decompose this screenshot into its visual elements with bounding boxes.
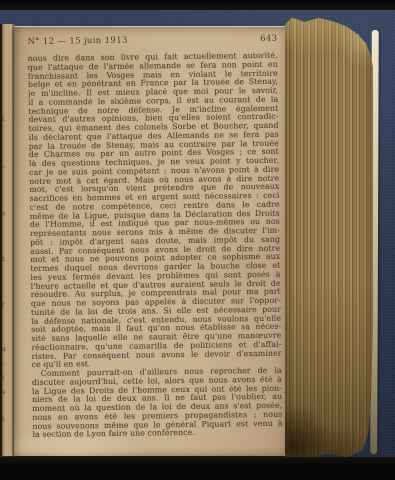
facing-page-gutter: l-stla-isl — [0, 24, 15, 456]
gutter-text-fragment: l — [2, 416, 11, 423]
page-content: N° 12 — 15 juin 1913 643 nous dire dans … — [27, 34, 282, 440]
gutter-text-fragment: t — [2, 256, 11, 263]
gutter-text-fragment: i — [2, 374, 11, 381]
scanned-page: N° 12 — 15 juin 1913 643 nous dire dans … — [14, 26, 289, 456]
gutter-text-fragment: - — [2, 360, 11, 367]
gutter-text-fragment: s — [2, 210, 11, 217]
gutter-text-fragment: l — [2, 302, 11, 309]
photo-bottom-border — [0, 457, 395, 480]
book-scan-photo: l-stla-isl N° 12 — 15 juin 1913 643 nous… — [0, 0, 395, 480]
issue-label: N° 12 — 15 juin 1913 — [27, 36, 127, 48]
photo-top-border — [0, 0, 395, 10]
page-header: N° 12 — 15 juin 1913 643 — [27, 34, 277, 48]
page-body: nous dire dans son livre qui fait actuel… — [28, 52, 283, 440]
gutter-text-fragment: s — [2, 389, 11, 396]
text-line: la section de Lyon faire une conférence. — [33, 428, 283, 440]
gutter-text-fragment: l — [2, 116, 11, 123]
paragraph: Comment pourrait-on d'ailleurs nous repr… — [32, 367, 283, 440]
gutter-text-fragment: a — [2, 346, 11, 353]
page-number: 643 — [260, 34, 277, 45]
paragraph: nous dire dans son livre qui fait actuel… — [28, 52, 282, 370]
page-stack-fore-edge — [285, 13, 373, 460]
gutter-text-fragment: - — [2, 164, 11, 171]
